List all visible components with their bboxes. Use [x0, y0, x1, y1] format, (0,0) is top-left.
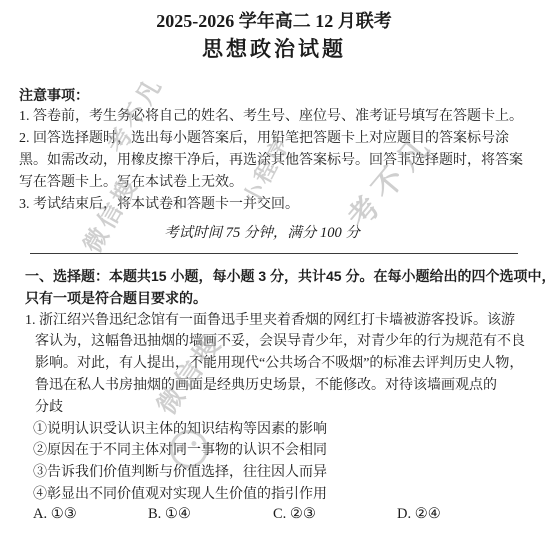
option-b: B. ①④ [148, 506, 191, 523]
notice-line-2-cont: 黑。如需改动，用橡皮擦干净后，再选涂其他答案标号。回答非选择题时，将答案 [19, 150, 534, 172]
notice-section: 注意事项： 1. 答卷前，考生务必将自己的姓名、考生号、座位号、准考证号填写在答… [19, 84, 534, 216]
question-1-statement-1: ①说明认识受认识主体的知识结构等因素的影响 [25, 419, 540, 441]
option-a: A. ①③ [33, 506, 77, 523]
question-1-line-3: 影响。对此，有人提出，不能用现代“公共场合不吸烟”的标准去评判历史人物， [25, 353, 540, 375]
notice-line-2: 2. 回答选择题时，选出每小题答案后，用铅笔把答题卡上对应题目的答案标号涂 [19, 128, 534, 150]
question-1-line-2: 客认为，这幅鲁迅抽烟的墙画不妥，会误导青少年，对青少年的行为规范有不良 [25, 331, 540, 353]
option-c-label: C. [273, 506, 286, 522]
section-divider [30, 253, 518, 254]
option-c-value: ②③ [290, 506, 316, 522]
question-1-statement-4: ④彰显出不同价值观对实现人生价值的指引作用 [25, 484, 540, 506]
question-1-line-1: 1. 浙江绍兴鲁迅纪念馆有一面鲁迅手里夹着香烟的网红打卡墙被游客投诉。该游 [25, 310, 540, 332]
exam-subject-title: 思想政治试题 [0, 33, 548, 63]
question-1-line-4: 鲁迅在私人书房抽烟的画面是经典历史场景，不能修改。对待该墙画观点的 [25, 375, 540, 397]
question-1-statement-2: ②原因在于不同主体对同一事物的认识不会相同 [25, 440, 540, 462]
exam-title: 2025-2026 学年高二 12 月联考 [0, 7, 548, 33]
exam-paper-page: 2025-2026 学年高二 12 月联考 思想政治试题 注意事项： 1. 答卷… [0, 0, 548, 539]
option-d-label: D. [397, 506, 411, 522]
option-c: C. ②③ [273, 506, 316, 523]
section-header-line-1: 一、选择题：本题共15 小题，每小题 3 分，共计45 分。在每小题给出的四个选… [25, 266, 540, 288]
question-1-statement-3: ③告诉我们价值判断与价值选择，往往因人而异 [25, 462, 540, 484]
question-1-options: A. ①③ B. ①④ C. ②③ D. ②④ [25, 506, 540, 528]
notice-line-1: 1. 答卷前，考生务必将自己的姓名、考生号、座位号、准考证号填写在答题卡上。 [19, 106, 534, 128]
option-b-value: ①④ [165, 506, 191, 522]
option-b-label: B. [148, 506, 161, 522]
section-header-line-2: 只有一项是符合题目要求的。 [25, 288, 540, 310]
option-a-value: ①③ [51, 506, 77, 522]
exam-duration-score: 考试时间 75 分钟，满分 100 分 [0, 221, 536, 242]
option-a-label: A. [33, 506, 47, 522]
notice-line-3: 3. 考试结束后，将本试卷和答题卡一并交回。 [19, 194, 534, 216]
question-section: 一、选择题：本题共15 小题，每小题 3 分，共计45 分。在每小题给出的四个选… [25, 266, 540, 528]
option-d: D. ②④ [397, 506, 441, 523]
option-d-value: ②④ [415, 506, 441, 522]
notice-line-2-cont2: 写在答题卡上。写在本试卷上无效。 [19, 172, 534, 194]
question-1-line-5: 分歧 [25, 397, 540, 419]
notice-heading: 注意事项： [19, 84, 534, 106]
